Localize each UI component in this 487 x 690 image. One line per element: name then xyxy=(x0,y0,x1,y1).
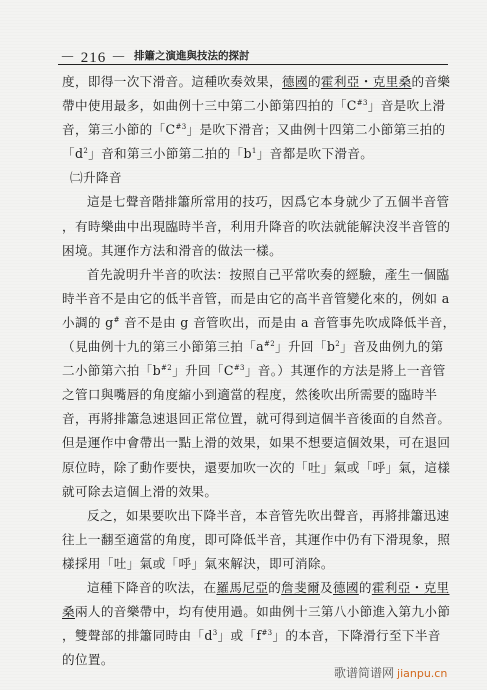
scanned-page: － 216 － 排簫之演進與技法的探討 度，即得一次下滑音。這種吹奏效果，德國的… xyxy=(0,0,487,690)
text-line: 桑兩人的音樂帶中，均有使用過。如曲例十三第八小節進入第九小節 xyxy=(62,600,450,624)
text-line: 首先說明升半音的吹法：按照自己平常吹奏的經驗，產生一個臨 xyxy=(62,263,450,287)
superscript: # xyxy=(114,316,120,324)
text-line: 這是七聲音階排簫所常用的技巧，因爲它本身就少了五個半音管 xyxy=(62,190,450,214)
underlined-name: 詹斐爾 xyxy=(281,580,320,595)
text-line: 音，第三小節的「C#3」是吹下滑音；又曲例十四第二小節第三拍的 xyxy=(62,118,450,142)
text-line: 「d2」音和第三小節第二拍的「b1」音都是吹下滑音。 xyxy=(62,142,450,166)
superscript: #3 xyxy=(261,629,272,637)
superscript: 1 xyxy=(252,147,257,155)
text-line: 困境。其運作方法和滑音的做法一樣。 xyxy=(62,239,450,263)
body-text: 度，即得一次下滑音。這種吹奏效果，德國的霍利亞・克里桑的音樂 帶中使用最多，如曲… xyxy=(62,70,450,672)
text-line: 往上一翻至適當的角度，即可降低半音，其運作中仍有下滑現象，照 xyxy=(62,528,450,552)
text-line: ，雙聲部的排簫同時由「d3」或「f#3」的本音，下降滑行至下半音 xyxy=(62,624,450,648)
text-line: 但是運作中會帶出一點上滑的效果，如果不想要這個效果，可在退回 xyxy=(62,431,450,455)
page-number: － 216 － xyxy=(60,46,127,67)
text-line: 時半音不是由它的低半音管，而是由它的高半音管變化來的，例如 a xyxy=(62,287,450,311)
underlined-name: 德國 xyxy=(333,580,359,595)
text-line: 就可除去這個上滑的效果。 xyxy=(62,480,450,504)
text-line: 這種下降音的吹法，在羅馬尼亞的詹斐爾及德國的霍利亞・克里 xyxy=(62,576,450,600)
running-title: 排簫之演進與技法的探討 xyxy=(134,48,250,63)
text-line: 帶中使用最多，如曲例十三中第二小節第四拍的「C#3」音是吹上滑 xyxy=(62,94,450,118)
watermark-cn: 歌谱简谱网 xyxy=(334,666,394,680)
text-line: （見曲例十九的第三小節第三拍「a#2」升回「b2」音及曲例九的第 xyxy=(62,335,450,359)
underlined-name: 霍利亞・克里桑 xyxy=(321,74,412,89)
underlined-name: 霍利亞・克里 xyxy=(372,580,450,595)
text-line: 二小節第六拍「b#2」升回「C#3」音。）其運作的方法是將上一音管 xyxy=(62,359,450,383)
underlined-name: 羅馬尼亞 xyxy=(216,580,268,595)
watermark-en: jianpu.cn xyxy=(397,667,447,680)
superscript: #2 xyxy=(264,340,275,348)
text-line: 音，再將排簫急速退回正常位置，就可得到這個半音後面的自然音。 xyxy=(62,407,450,431)
text-line: 樣採用「吐」氣或「呼」氣來解決，即可消除。 xyxy=(62,552,450,576)
superscript: #3 xyxy=(234,364,245,372)
text-line: 反之，如果要吹出下降半音，本音管先吹出聲音，再將排簫迅速 xyxy=(62,504,450,528)
watermark: 歌谱简谱网jianpu.cn xyxy=(334,664,447,681)
superscript: 2 xyxy=(83,147,88,155)
underlined-name: 桑 xyxy=(62,604,75,619)
superscript: #3 xyxy=(176,123,187,131)
superscript: #2 xyxy=(161,364,172,372)
text-line: ，有時樂曲中出現臨時半音，利用升降音的吹法就能解決沒半音管的 xyxy=(62,215,450,239)
underlined-name: 德國 xyxy=(282,74,308,89)
superscript: 3 xyxy=(213,629,218,637)
text-line: 原位時，除了動作要快，還要加吹一次的「吐」氣或「呼」氣，這樣 xyxy=(62,456,450,480)
text-line: 度，即得一次下滑音。這種吹奏效果，德國的霍利亞・克里桑的音樂 xyxy=(62,70,450,94)
superscript: 2 xyxy=(335,340,340,348)
text-line: 小調的 g# 音不是由 g 音管吹出，而是由 a 音管事先吹成降低半音， xyxy=(62,311,450,335)
section-heading: ㈡升降音 xyxy=(62,166,450,190)
superscript: #3 xyxy=(357,99,368,107)
page-header: － 216 － 排簫之演進與技法的探討 xyxy=(58,46,448,65)
text-line: 之管口與嘴唇的角度縮小到適當的程度，然後吹出所需要的臨時半 xyxy=(62,383,450,407)
